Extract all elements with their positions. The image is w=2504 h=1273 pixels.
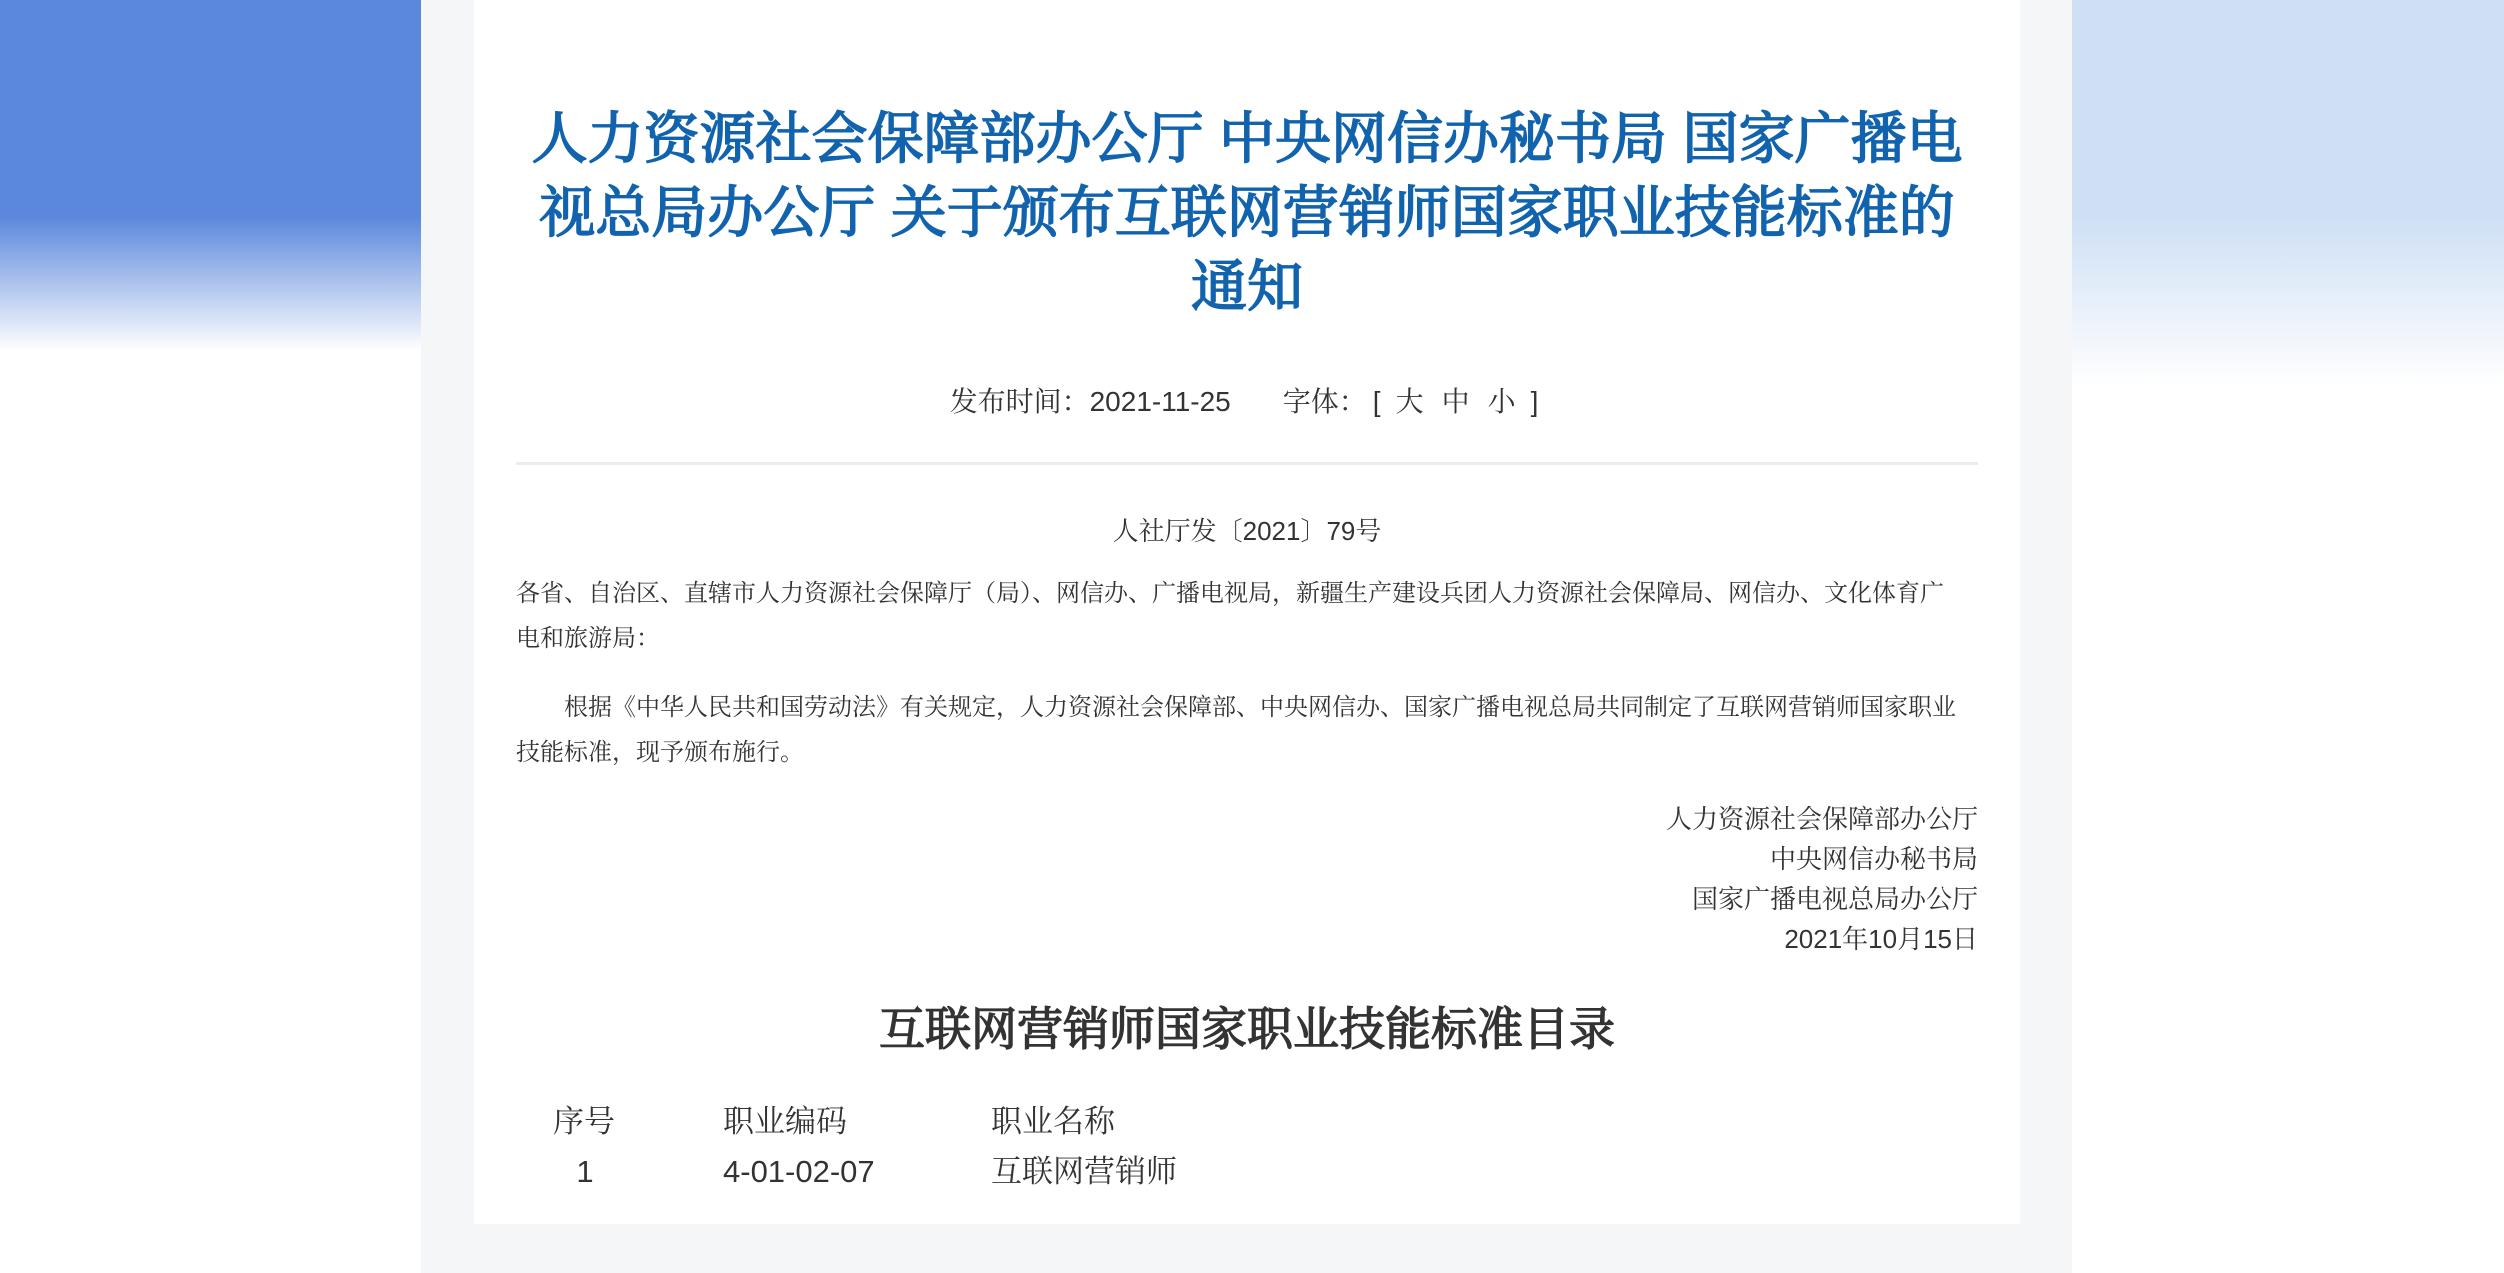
signature-line-issuer-1: 人力资源社会保障部办公厅 <box>516 799 1978 839</box>
article-title-line: 人力资源社会保障部办公厅 中央网信办秘书局 国家广播电 <box>517 102 1977 176</box>
font-size-bracket-close: ] <box>1531 386 1539 417</box>
left-decoration-band <box>0 0 421 408</box>
cell-occupation-code: 4-01-02-07 <box>723 1147 991 1197</box>
article-meta: 发布时间：2021-11-25字体：[大中小] <box>516 386 1978 418</box>
notice-body: 各省、自治区、直辖市人力资源社会保障厅（局）、网信办、广播电视局，新疆生产建设兵… <box>516 571 1978 775</box>
article-title-line: 通知 <box>517 250 1977 324</box>
page-wrapper: 人力资源社会保障部办公厅 中央网信办秘书局 国家广播电 视总局办公厅 关于颁布互… <box>421 0 2072 1273</box>
publish-time-value: 2021-11-25 <box>1090 386 1231 417</box>
catalog-header-row: 序号 职业编码 职业名称 <box>553 1097 1978 1147</box>
paragraph-line: 电和旅游局： <box>516 616 1978 661</box>
font-size-bracket-open: [ <box>1373 386 1381 417</box>
column-header-index: 序号 <box>553 1097 723 1147</box>
catalog-data-row: 1 4-01-02-07 互联网营销师 <box>553 1147 1978 1197</box>
font-size-large-button[interactable]: 大 <box>1396 386 1424 417</box>
column-header-name: 职业名称 <box>991 1097 1978 1147</box>
notice-paragraph: 各省、自治区、直辖市人力资源社会保障厅（局）、网信办、广播电视局，新疆生产建设兵… <box>516 571 1978 661</box>
signature-line-issuer-3: 国家广播电视总局办公厅 <box>516 879 1978 919</box>
font-size-label: 字体： <box>1283 386 1367 417</box>
right-decoration-band <box>2072 0 2504 438</box>
column-header-code: 职业编码 <box>723 1097 991 1147</box>
publish-time-label: 发布时间： <box>950 386 1090 417</box>
paragraph-line: 各省、自治区、直辖市人力资源社会保障厅（局）、网信办、广播电视局，新疆生产建设兵… <box>516 571 1978 616</box>
catalog-title: 互联网营销师国家职业技能标准目录 <box>516 999 1978 1059</box>
catalog-table: 序号 职业编码 职业名称 1 4-01-02-07 互联网营销师 <box>553 1097 1978 1197</box>
content-divider <box>516 462 1978 465</box>
cell-occupation-name: 互联网营销师 <box>991 1147 1978 1197</box>
paragraph-line: 根据《中华人民共和国劳动法》有关规定，人力资源社会保障部、中央网信办、国家广播电… <box>516 685 1978 730</box>
signature-line-date: 2021年10月15日 <box>516 919 1978 959</box>
content-card: 人力资源社会保障部办公厅 中央网信办秘书局 国家广播电 视总局办公厅 关于颁布互… <box>474 0 2020 1224</box>
paragraph-line: 技能标准，现予颁布施行。 <box>516 730 1978 775</box>
signature-line-issuer-2: 中央网信办秘书局 <box>516 839 1978 879</box>
article-title-line: 视总局办公厅 关于颁布互联网营销师国家职业技能标准的 <box>517 176 1977 250</box>
font-size-medium-button[interactable]: 中 <box>1442 386 1470 417</box>
font-size-small-button[interactable]: 小 <box>1488 386 1516 417</box>
doc-number: 人社厅发〔2021〕79号 <box>516 515 1978 547</box>
cell-index: 1 <box>553 1147 617 1197</box>
signature-block: 人力资源社会保障部办公厅 中央网信办秘书局 国家广播电视总局办公厅 2021年1… <box>516 799 1978 959</box>
article-title: 人力资源社会保障部办公厅 中央网信办秘书局 国家广播电 视总局办公厅 关于颁布互… <box>517 102 1977 324</box>
notice-paragraph: 根据《中华人民共和国劳动法》有关规定，人力资源社会保障部、中央网信办、国家广播电… <box>516 685 1978 775</box>
